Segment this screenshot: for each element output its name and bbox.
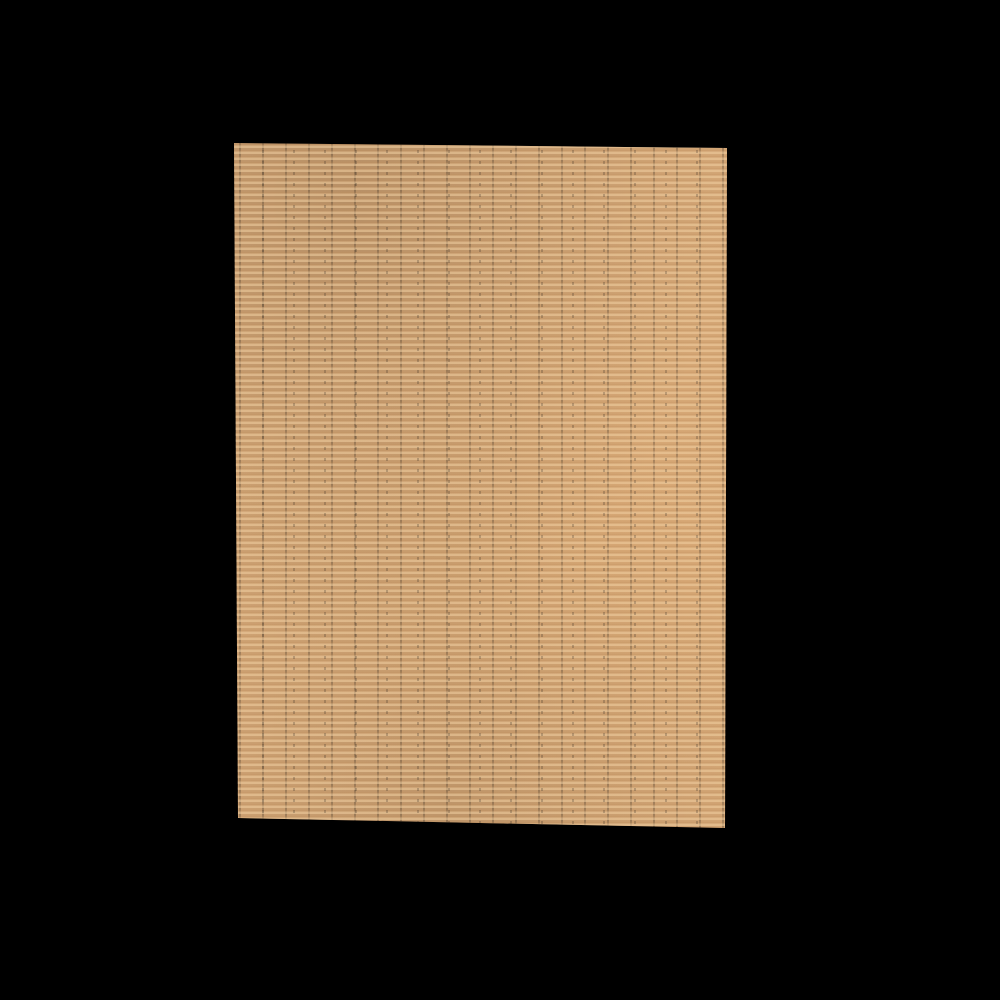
rug-dark-fleck-texture [0, 0, 1000, 1000]
product-photo-stage: Natural jute woven rug [0, 0, 1000, 1000]
